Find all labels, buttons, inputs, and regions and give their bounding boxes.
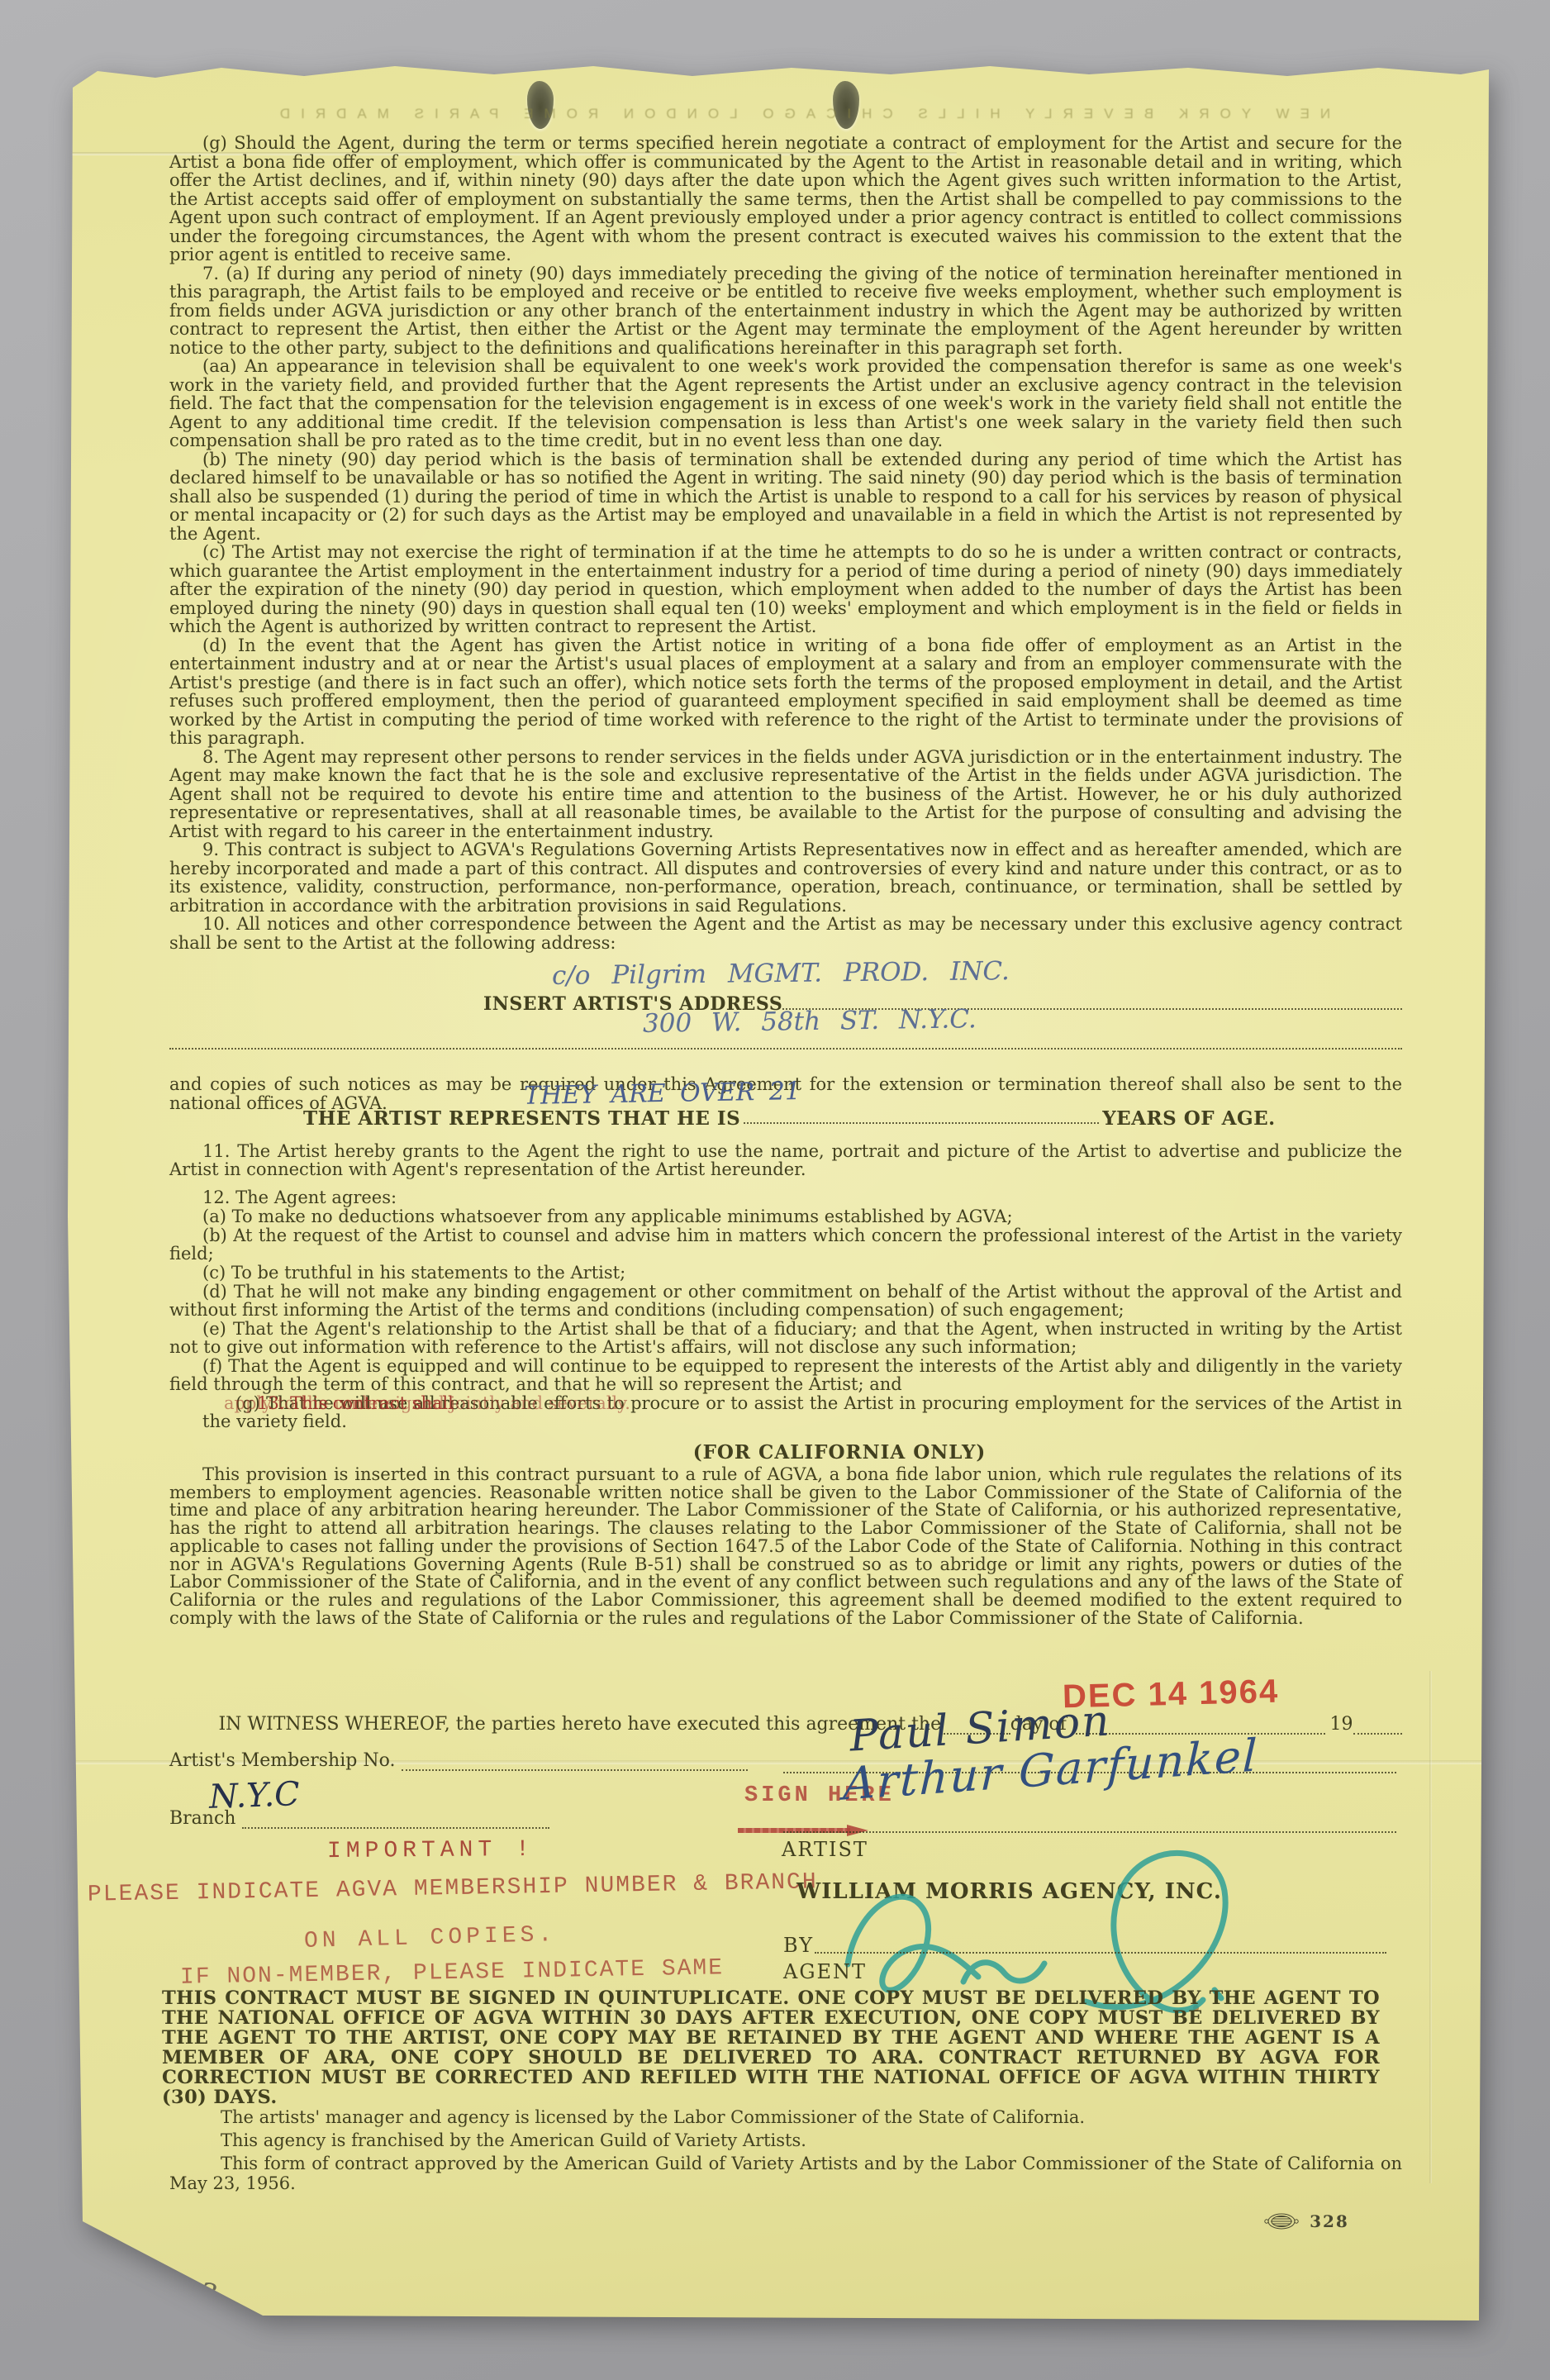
clause-12e: (e) That the Agent's relationship to the…	[169, 1320, 1402, 1356]
age-representation-row: THE ARTIST REPRESENTS THAT HE IS YEARS O…	[169, 1107, 1402, 1130]
bug-number: 328	[1310, 2211, 1349, 2231]
california-heading: (FOR CALIFORNIA ONLY)	[169, 1441, 1402, 1464]
clause-10: 10. All notices and other correspondence…	[169, 915, 1402, 952]
clause-12a: (a) To make no deductions whatsoever fro…	[169, 1207, 1402, 1226]
handwritten-address-line2: 300 W. 58th ST. N.Y.C.	[643, 1004, 977, 1039]
agent-signature-line	[815, 1930, 1386, 1954]
witness-text: IN WITNESS WHEREOF, the parties hereto h…	[218, 1714, 941, 1735]
pencil-mark: 3	[194, 2276, 220, 2312]
spacer	[169, 1107, 303, 1130]
clause-11: 11. The Artist hereby grants to the Agen…	[169, 1142, 1402, 1178]
clause-g: (g) Should the Agent, during the term or…	[169, 134, 1402, 264]
clause-7a: 7. (a) If during any period of ninety (9…	[169, 264, 1402, 358]
quintuplicate-notice: THIS CONTRACT MUST BE SIGNED IN QUINTUPL…	[162, 1988, 1380, 2107]
important-stamp: IMPORTANT !	[327, 1837, 535, 1864]
clause-12b: (b) At the request of the Artist to coun…	[169, 1226, 1402, 1263]
clause-c: (c) The Artist may not exercise the righ…	[169, 543, 1402, 636]
spacer	[169, 1720, 218, 1735]
contract-clauses: (g) Should the Agent, during the term or…	[169, 134, 1402, 952]
handwritten-age: THEY ARE OVER 21	[524, 1077, 801, 1111]
clause-12g: (g) That he will use all reasonable effo…	[169, 1394, 1402, 1412]
paper-shadow-wrap: NEW YORK BEVERLY HILLS CHICAGO LONDON RO…	[64, 59, 1489, 2325]
please-indicate-stamp: PLEASE INDICATE AGVA MEMBERSHIP NUMBER &…	[88, 1869, 818, 1907]
membership-number-row: Artist's Membership No.	[169, 1750, 748, 1771]
if-non-member-stamp: IF NON-MEMBER, PLEASE INDICATE SAME	[180, 1955, 725, 1990]
letterhead-bleedthrough: NEW YORK BEVERLY HILLS CHICAGO LONDON RO…	[155, 106, 1444, 122]
on-all-copies-stamp: ON ALL COPIES.	[304, 1922, 557, 1954]
dotted-blank-year	[1353, 1718, 1402, 1735]
by-label: BY	[783, 1934, 814, 1957]
clause-d: (d) In the event that the Agent has give…	[169, 636, 1402, 748]
dotted-blank	[744, 1107, 1099, 1124]
clause-13-red-stamp: 13. This contract shall apply to the und…	[224, 1393, 630, 1413]
clause-12f: (f) That the Agent is equipped and will …	[169, 1357, 1402, 1393]
age-suffix: YEARS OF AGE.	[1102, 1107, 1275, 1130]
approved-line: This form of contract approved by the Am…	[169, 2154, 1402, 2193]
clause-8: 8. The Agent may represent other persons…	[169, 748, 1402, 841]
age-prefix: THE ARTIST REPRESENTS THAT HE IS	[303, 1107, 740, 1130]
union-bug-icon	[1262, 2212, 1300, 2230]
handwritten-branch: N.Y.C	[208, 1775, 300, 1816]
clause-aa: (aa) An appearance in television shall b…	[169, 357, 1402, 450]
clause-12d: (d) That he will not make any binding en…	[169, 1283, 1402, 1319]
spacer	[169, 993, 483, 1015]
witness-19: 19	[1330, 1714, 1353, 1735]
contract-page: NEW YORK BEVERLY HILLS CHICAGO LONDON RO…	[64, 59, 1489, 2325]
california-clause: This provision is inserted in this contr…	[169, 1466, 1402, 1627]
agent-label: AGENT	[783, 1960, 867, 1983]
licensed-line: The artists' manager and agency is licen…	[169, 2107, 1402, 2127]
printer-mark-row: 328	[1262, 2211, 1444, 2236]
handwritten-address-line1: c/o Pilgrim MGMT. PROD. INC.	[552, 956, 1010, 991]
dotted-blank-branch	[242, 1812, 549, 1829]
contract-clauses-2: 11. The Artist hereby grants to the Agen…	[169, 1142, 1402, 1413]
clause-12c: (c) To be truthful in his statements to …	[169, 1264, 1402, 1282]
clause-b: (b) The ninety (90) day period which is …	[169, 450, 1402, 544]
scan-background: NEW YORK BEVERLY HILLS CHICAGO LONDON RO…	[0, 0, 1550, 2380]
membership-label: Artist's Membership No.	[169, 1750, 395, 1771]
franchised-line: This agency is franchised by the America…	[169, 2130, 1402, 2150]
paper-crease	[1429, 1671, 1432, 2183]
clause-12-intro: 12. The Agent agrees:	[169, 1188, 1402, 1207]
clause-9: 9. This contract is subject to AGVA's Re…	[169, 840, 1402, 915]
dotted-blank-membership	[402, 1754, 748, 1771]
